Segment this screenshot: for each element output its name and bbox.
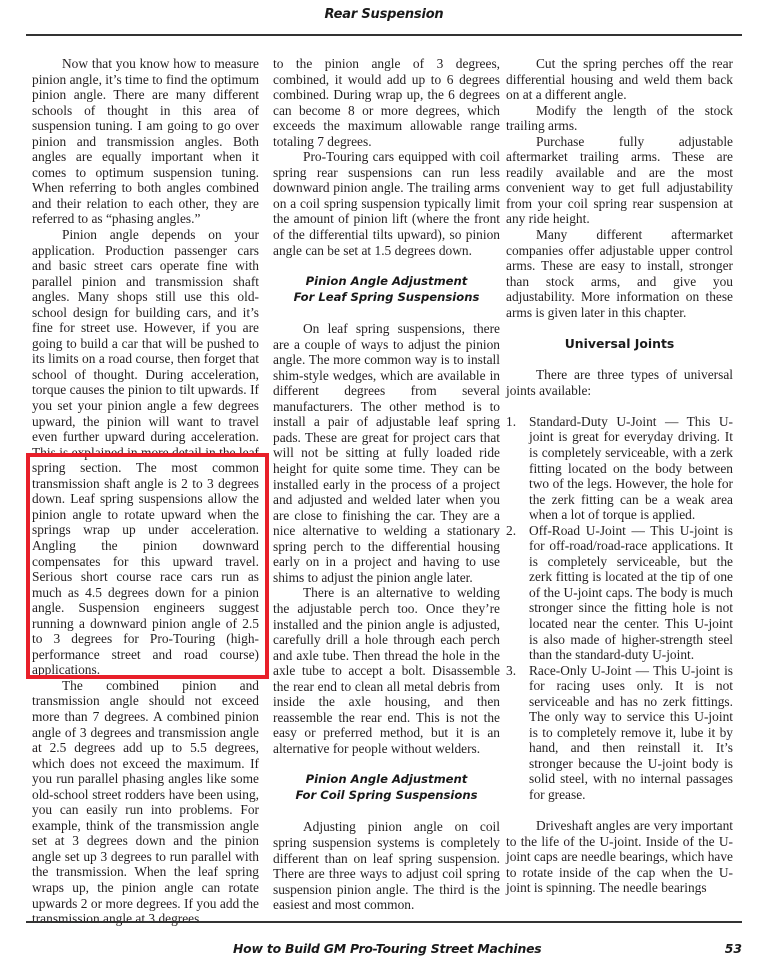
column-2: to the pinion angle of 3 degrees, combin… — [273, 56, 500, 913]
paragraph: Purchase fully adjustable aftermarket tr… — [506, 134, 733, 227]
paragraph: Driveshaft angles are very important to … — [506, 818, 733, 896]
spacer — [506, 803, 733, 819]
column-1: Now that you know how to measure pinion … — [32, 56, 259, 927]
paragraph: Many different aftermarket companies off… — [506, 227, 733, 320]
list-number: 3. — [506, 663, 516, 679]
paragraph: to the pinion angle of 3 degrees, combin… — [273, 56, 500, 149]
paragraph: Pro-Touring cars equipped with coil spri… — [273, 149, 500, 258]
list-text: Standard-Duty U-Joint — This U-joint is … — [529, 414, 733, 522]
list-text: Off-Road U-Joint — This U-joint is for o… — [529, 523, 733, 662]
footer-rule — [26, 921, 742, 923]
list-item: 1. Standard-Duty U-Joint — This U-joint … — [506, 414, 733, 523]
subhead-line: For Leaf Spring Suspensions — [273, 289, 500, 305]
paragraph: There is an alternative to welding the a… — [273, 585, 500, 756]
list-number: 2. — [506, 523, 516, 539]
paragraph: Pinion angle depends on your application… — [32, 227, 259, 678]
column-3: Cut the spring perches off the rear diff… — [506, 56, 733, 896]
running-head: Rear Suspension — [0, 7, 768, 22]
paragraph: Cut the spring perches off the rear diff… — [506, 56, 733, 103]
paragraph: There are three types of universal joint… — [506, 367, 733, 398]
subhead-universal-joints: Universal Joints — [506, 336, 733, 352]
paragraph: On leaf spring suspensions, there are a … — [273, 321, 500, 585]
ujoint-list: 1. Standard-Duty U-Joint — This U-joint … — [506, 414, 733, 803]
list-item: 3. Race-Only U-Joint — This U-joint is f… — [506, 663, 733, 803]
paragraph: Modify the length of the stock trailing … — [506, 103, 733, 134]
spacer — [506, 398, 733, 414]
paragraph: Now that you know how to measure pinion … — [32, 56, 259, 227]
subhead-leaf-spring: Pinion Angle Adjustment For Leaf Spring … — [273, 273, 500, 305]
footer-book-title: How to Build GM Pro-Touring Street Machi… — [233, 941, 541, 956]
list-text: Race-Only U-Joint — This U-joint is for … — [529, 663, 733, 802]
page-number: 53 — [725, 941, 742, 956]
subhead-line: For Coil Spring Suspensions — [273, 787, 500, 803]
list-item: 2. Off-Road U-Joint — This U-joint is fo… — [506, 523, 733, 663]
subhead-line: Pinion Angle Adjustment — [273, 771, 500, 787]
header-rule — [26, 34, 742, 36]
subhead-coil-spring: Pinion Angle Adjustment For Coil Spring … — [273, 771, 500, 803]
list-number: 1. — [506, 414, 516, 430]
paragraph: The combined pinion and transmission ang… — [32, 678, 259, 927]
subhead-line: Pinion Angle Adjustment — [273, 273, 500, 289]
paragraph: Adjusting pinion angle on coil spring su… — [273, 819, 500, 912]
